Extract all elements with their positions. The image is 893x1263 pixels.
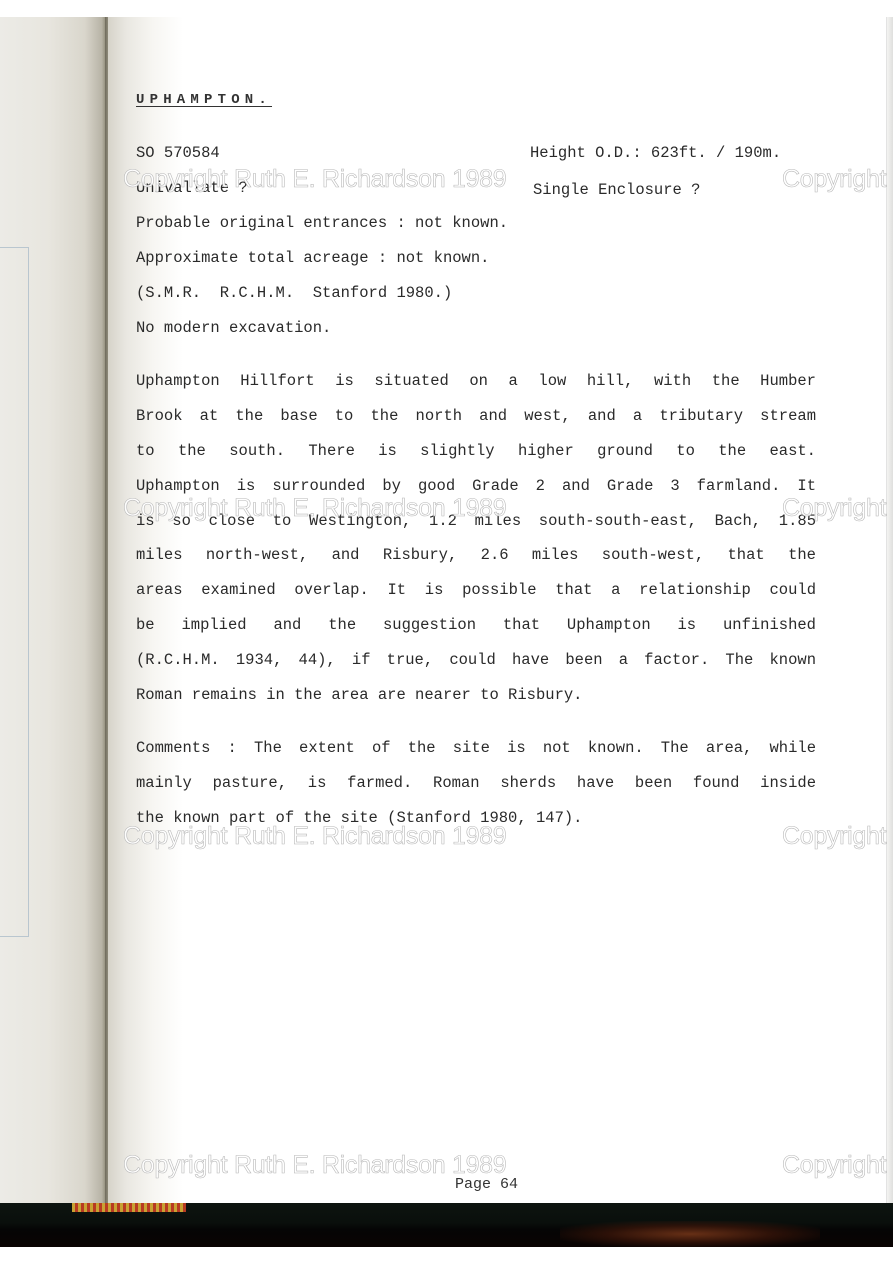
copyright-watermark-partial: Copyright — [782, 822, 886, 851]
cover-reflection — [560, 1221, 820, 1247]
paragraph-line: Uphampton Hillfort is situated on a low … — [136, 364, 816, 399]
facing-page-left — [0, 17, 106, 1203]
sources-line: (S.M.R. R.C.H.M. Stanford 1980.) — [136, 284, 452, 302]
description-paragraph: Uphampton Hillfort is situated on a low … — [136, 364, 816, 713]
paragraph-line: mainly pasture, is farmed. Roman sherds … — [136, 766, 816, 801]
comments-paragraph: Comments : The extent of the site is not… — [136, 731, 816, 836]
acreage-line: Approximate total acreage : not known. — [136, 249, 489, 267]
paragraph-line: Roman remains in the area are nearer to … — [136, 678, 816, 713]
bookmark-ribbon — [72, 1203, 186, 1212]
page-right-edge — [886, 17, 893, 1203]
grid-reference: SO 570584 — [136, 144, 220, 162]
copyright-watermark: Copyright Ruth E. Richardson 1989 — [123, 822, 506, 851]
paragraph-line: Comments : The extent of the site is not… — [136, 731, 816, 766]
enclosure-type: Single Enclosure ? — [533, 181, 700, 199]
height-od: Height O.D.: 623ft. / 190m. — [530, 144, 781, 162]
scan-top-border — [0, 0, 893, 17]
excavation-line: No modern excavation. — [136, 319, 331, 337]
paragraph-line: areas examined overlap. It is possible t… — [136, 573, 816, 608]
paragraph-line: (R.C.H.M. 1934, 44), if true, could have… — [136, 643, 816, 678]
copyright-watermark-partial: Copyright — [782, 494, 886, 523]
paragraph-line: to the south. There is slightly higher g… — [136, 434, 816, 469]
entrances-line: Probable original entrances : not known. — [136, 214, 508, 232]
scan-bottom-border — [0, 1247, 893, 1263]
copyright-watermark: Copyright Ruth E. Richardson 1989 — [123, 494, 506, 523]
copyright-watermark: Copyright Ruth E. Richardson 1989 — [123, 1151, 506, 1180]
paragraph-line: Brook at the base to the north and west,… — [136, 399, 816, 434]
facing-page-figure-outline — [0, 247, 29, 937]
copyright-watermark: Copyright Ruth E. Richardson 1989 — [123, 165, 506, 194]
copyright-watermark-partial: Copyright — [782, 1151, 886, 1180]
paragraph-line: miles north-west, and Risbury, 2.6 miles… — [136, 538, 816, 573]
paragraph-line: be implied and the suggestion that Upham… — [136, 608, 816, 643]
site-title: UPHAMPTON. — [136, 91, 272, 109]
copyright-watermark-partial: Copyright — [782, 165, 886, 194]
